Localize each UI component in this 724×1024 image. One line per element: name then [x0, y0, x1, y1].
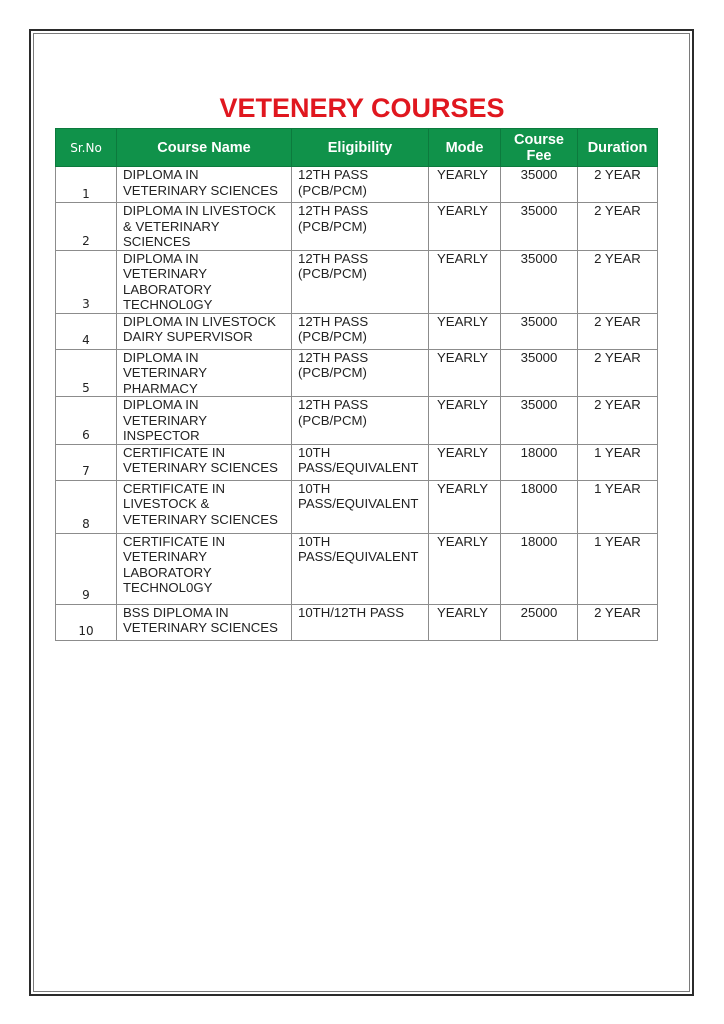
name-line: VETERINARY SCIENCES	[123, 183, 278, 198]
name-line: LABORATORY	[123, 565, 212, 580]
srno-value: 3	[82, 297, 90, 311]
elig-line: 12TH PASS	[298, 251, 368, 266]
name-line: VETERINARY	[123, 365, 207, 380]
table-row: 5DIPLOMA INVETERINARYPHARMACY12TH PASS(P…	[56, 349, 658, 397]
cell-mode: YEARLY	[429, 250, 501, 313]
cell-srno: 9	[56, 533, 117, 604]
name-line: VETERINARY	[123, 549, 207, 564]
elig-line: 12TH PASS	[298, 350, 368, 365]
elig-line: PASS/EQUIVALENT	[298, 460, 418, 475]
cell-mode: YEARLY	[429, 397, 501, 445]
elig-line: (PCB/PCM)	[298, 329, 367, 344]
table-row: 2DIPLOMA IN LIVESTOCK& VETERINARYSCIENCE…	[56, 203, 658, 251]
cell-eligibility: 10THPASS/EQUIVALENT	[292, 444, 429, 480]
cell-course-fee: 18000	[501, 480, 578, 533]
cell-eligibility: 12TH PASS(PCB/PCM)	[292, 167, 429, 203]
name-line: DIPLOMA IN LIVESTOCK	[123, 314, 276, 329]
table-row: 10BSS DIPLOMA INVETERINARY SCIENCES10TH/…	[56, 604, 658, 640]
name-line: VETERINARY	[123, 413, 207, 428]
elig-line: 12TH PASS	[298, 167, 368, 182]
cell-mode: YEARLY	[429, 533, 501, 604]
srno-value: 5	[82, 381, 90, 395]
name-line: TECHNOL0GY	[123, 580, 212, 595]
fee-value: 35000	[521, 314, 558, 329]
name-line: VETERINARY	[123, 266, 207, 281]
name-line: DAIRY SUPERVISOR	[123, 329, 253, 344]
name-line: SCIENCES	[123, 234, 190, 249]
cell-duration: 2 YEAR	[578, 313, 658, 349]
cell-course-fee: 35000	[501, 397, 578, 445]
fee-value: 35000	[521, 350, 558, 365]
fee-value: 35000	[521, 397, 558, 412]
cell-duration: 1 YEAR	[578, 533, 658, 604]
cell-srno: 7	[56, 444, 117, 480]
srno-value: 10	[78, 624, 93, 638]
cell-course-fee: 35000	[501, 203, 578, 251]
cell-course-name: DIPLOMA INVETERINARYINSPECTOR	[117, 397, 292, 445]
cell-course-name: DIPLOMA INVETERINARYPHARMACY	[117, 349, 292, 397]
name-line: & VETERINARY	[123, 219, 220, 234]
name-line: DIPLOMA IN LIVESTOCK	[123, 203, 276, 218]
cell-course-name: DIPLOMA INVETERINARY SCIENCES	[117, 167, 292, 203]
header-srno: Sr.No	[56, 129, 117, 167]
cell-eligibility: 12TH PASS(PCB/PCM)	[292, 349, 429, 397]
duration-value: 2 YEAR	[594, 251, 641, 266]
duration-value: 2 YEAR	[594, 350, 641, 365]
cell-course-fee: 35000	[501, 313, 578, 349]
cell-mode: YEARLY	[429, 444, 501, 480]
table-row: 6DIPLOMA INVETERINARYINSPECTOR12TH PASS(…	[56, 397, 658, 445]
fee-value: 35000	[521, 251, 558, 266]
cell-mode: YEARLY	[429, 167, 501, 203]
mode-value: YEARLY	[437, 350, 488, 365]
name-line: VETERINARY SCIENCES	[123, 512, 278, 527]
mode-value: YEARLY	[437, 534, 488, 549]
cell-eligibility: 10TH/12TH PASS	[292, 604, 429, 640]
duration-value: 1 YEAR	[594, 445, 641, 460]
cell-mode: YEARLY	[429, 480, 501, 533]
name-line: VETERINARY SCIENCES	[123, 460, 278, 475]
cell-srno: 2	[56, 203, 117, 251]
cell-course-name: CERTIFICATE INLIVESTOCK &VETERINARY SCIE…	[117, 480, 292, 533]
cell-course-name: DIPLOMA INVETERINARYLABORATORYTECHNOL0GY	[117, 250, 292, 313]
mode-value: YEARLY	[437, 203, 488, 218]
duration-value: 2 YEAR	[594, 605, 641, 620]
elig-line: (PCB/PCM)	[298, 365, 367, 380]
mode-value: YEARLY	[437, 314, 488, 329]
header-fee-line2: Fee	[527, 148, 552, 164]
duration-value: 1 YEAR	[594, 534, 641, 549]
fee-value: 25000	[521, 605, 558, 620]
name-line: INSPECTOR	[123, 428, 200, 443]
cell-eligibility: 12TH PASS(PCB/PCM)	[292, 250, 429, 313]
elig-line: (PCB/PCM)	[298, 219, 367, 234]
srno-value: 6	[82, 428, 90, 442]
header-mode: Mode	[429, 129, 501, 167]
name-line: LABORATORY	[123, 282, 212, 297]
cell-course-fee: 35000	[501, 349, 578, 397]
page-title: VETENERY COURSES	[0, 93, 724, 124]
cell-mode: YEARLY	[429, 349, 501, 397]
name-line: DIPLOMA IN	[123, 167, 198, 182]
duration-value: 2 YEAR	[594, 203, 641, 218]
cell-srno: 3	[56, 250, 117, 313]
elig-line: 12TH PASS	[298, 397, 368, 412]
mode-value: YEARLY	[437, 397, 488, 412]
elig-line: 12TH PASS	[298, 203, 368, 218]
table-row: 4DIPLOMA IN LIVESTOCKDAIRY SUPERVISOR12T…	[56, 313, 658, 349]
cell-srno: 5	[56, 349, 117, 397]
cell-course-name: BSS DIPLOMA INVETERINARY SCIENCES	[117, 604, 292, 640]
mode-value: YEARLY	[437, 445, 488, 460]
cell-eligibility: 10THPASS/EQUIVALENT	[292, 533, 429, 604]
srno-value: 7	[82, 464, 90, 478]
cell-course-fee: 25000	[501, 604, 578, 640]
mode-value: YEARLY	[437, 481, 488, 496]
cell-mode: YEARLY	[429, 604, 501, 640]
elig-line: 12TH PASS	[298, 314, 368, 329]
header-fee-line1: Course	[514, 132, 564, 148]
header-course-name: Course Name	[117, 129, 292, 167]
fee-value: 35000	[521, 167, 558, 182]
cell-duration: 2 YEAR	[578, 349, 658, 397]
elig-line: 10TH	[298, 481, 330, 496]
cell-course-name: CERTIFICATE INVETERINARYLABORATORYTECHNO…	[117, 533, 292, 604]
name-line: VETERINARY SCIENCES	[123, 620, 278, 635]
cell-course-fee: 18000	[501, 444, 578, 480]
table-row: 7CERTIFICATE INVETERINARY SCIENCES10THPA…	[56, 444, 658, 480]
table-row: 3DIPLOMA INVETERINARYLABORATORYTECHNOL0G…	[56, 250, 658, 313]
srno-value: 8	[82, 517, 90, 531]
header-eligibility: Eligibility	[292, 129, 429, 167]
courses-table: Sr.No Course Name Eligibility Mode Cours…	[55, 128, 658, 641]
cell-mode: YEARLY	[429, 313, 501, 349]
fee-value: 18000	[521, 481, 558, 496]
name-line: BSS DIPLOMA IN	[123, 605, 229, 620]
srno-value: 4	[82, 333, 90, 347]
elig-line: PASS/EQUIVALENT	[298, 549, 418, 564]
mode-value: YEARLY	[437, 251, 488, 266]
mode-value: YEARLY	[437, 605, 488, 620]
elig-line: 10TH	[298, 534, 330, 549]
name-line: PHARMACY	[123, 381, 198, 396]
cell-course-name: CERTIFICATE INVETERINARY SCIENCES	[117, 444, 292, 480]
name-line: CERTIFICATE IN	[123, 445, 225, 460]
mode-value: YEARLY	[437, 167, 488, 182]
cell-course-name: DIPLOMA IN LIVESTOCK& VETERINARYSCIENCES	[117, 203, 292, 251]
cell-duration: 2 YEAR	[578, 250, 658, 313]
duration-value: 2 YEAR	[594, 167, 641, 182]
cell-course-fee: 18000	[501, 533, 578, 604]
fee-value: 35000	[521, 203, 558, 218]
table-header-row: Sr.No Course Name Eligibility Mode Cours…	[56, 129, 658, 167]
cell-course-name: DIPLOMA IN LIVESTOCKDAIRY SUPERVISOR	[117, 313, 292, 349]
cell-mode: YEARLY	[429, 203, 501, 251]
cell-eligibility: 10THPASS/EQUIVALENT	[292, 480, 429, 533]
cell-eligibility: 12TH PASS(PCB/PCM)	[292, 397, 429, 445]
cell-duration: 1 YEAR	[578, 480, 658, 533]
name-line: DIPLOMA IN	[123, 350, 198, 365]
name-line: TECHNOL0GY	[123, 297, 212, 312]
elig-line: (PCB/PCM)	[298, 183, 367, 198]
cell-duration: 1 YEAR	[578, 444, 658, 480]
table-row: 1DIPLOMA INVETERINARY SCIENCES12TH PASS(…	[56, 167, 658, 203]
srno-value: 2	[82, 234, 90, 248]
cell-srno: 10	[56, 604, 117, 640]
elig-line: (PCB/PCM)	[298, 413, 367, 428]
srno-value: 9	[82, 588, 90, 602]
duration-value: 1 YEAR	[594, 481, 641, 496]
elig-line: PASS/EQUIVALENT	[298, 496, 418, 511]
cell-srno: 1	[56, 167, 117, 203]
name-line: CERTIFICATE IN	[123, 481, 225, 496]
cell-srno: 4	[56, 313, 117, 349]
name-line: LIVESTOCK &	[123, 496, 209, 511]
name-line: DIPLOMA IN	[123, 397, 198, 412]
fee-value: 18000	[521, 534, 558, 549]
cell-duration: 2 YEAR	[578, 167, 658, 203]
elig-line: (PCB/PCM)	[298, 266, 367, 281]
cell-duration: 2 YEAR	[578, 203, 658, 251]
header-duration: Duration	[578, 129, 658, 167]
name-line: DIPLOMA IN	[123, 251, 198, 266]
elig-line: 10TH	[298, 445, 330, 460]
cell-eligibility: 12TH PASS(PCB/PCM)	[292, 203, 429, 251]
name-line: CERTIFICATE IN	[123, 534, 225, 549]
table-row: 8CERTIFICATE INLIVESTOCK &VETERINARY SCI…	[56, 480, 658, 533]
cell-course-fee: 35000	[501, 167, 578, 203]
duration-value: 2 YEAR	[594, 314, 641, 329]
cell-duration: 2 YEAR	[578, 604, 658, 640]
table-row: 9CERTIFICATE INVETERINARYLABORATORYTECHN…	[56, 533, 658, 604]
cell-duration: 2 YEAR	[578, 397, 658, 445]
cell-srno: 6	[56, 397, 117, 445]
elig-line: 10TH/12TH PASS	[298, 605, 404, 620]
fee-value: 18000	[521, 445, 558, 460]
cell-course-fee: 35000	[501, 250, 578, 313]
header-course-fee: CourseFee	[501, 129, 578, 167]
cell-srno: 8	[56, 480, 117, 533]
cell-eligibility: 12TH PASS(PCB/PCM)	[292, 313, 429, 349]
srno-value: 1	[82, 187, 90, 201]
duration-value: 2 YEAR	[594, 397, 641, 412]
